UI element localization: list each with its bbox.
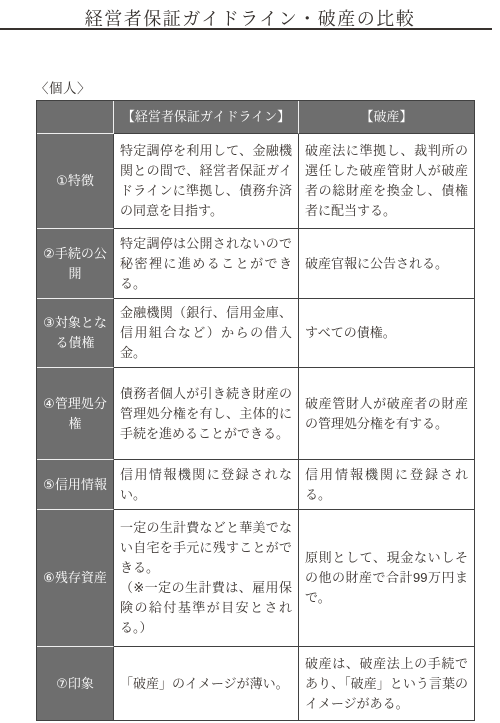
bankruptcy-cell: 破産は、破産法上の手続であり、「破産」という言葉のイメージがある。 — [299, 647, 474, 720]
table-row: ②手続の公開 特定調停は公開されないので秘密裡に進めることができる。 破産官報に… — [37, 229, 474, 299]
corner-cell — [37, 101, 114, 134]
row-label-cell: ⑤信用情報 — [37, 460, 114, 510]
bankruptcy-cell: 破産法に準拠し、裁判所の選任した破産管財人が破産者の総財産を換金し、債権者に配当… — [299, 134, 474, 229]
guideline-cell: 債務者個人が引き続き財産の管理処分権を有し、主体的に手続を進めることができる。 — [114, 368, 299, 460]
comparison-table: 【経営者保証ガイドライン】 【破産】 ①特徴 特定調停を利用して、金融機関との間… — [36, 100, 475, 721]
guideline-cell: 特定調停を利用して、金融機関との間で、経営者保証ガイドラインに準拠し、債務弁済の… — [114, 134, 299, 229]
guideline-cell: 金融機関（銀行、信用金庫、信用組合など）からの借入金。 — [114, 299, 299, 368]
table-row: ⑥残存資産 一定の生計費などと華美でない自宅を手元に残すことができる。 （※一定… — [37, 510, 474, 647]
guideline-cell: 信用情報機関に登録されない。 — [114, 460, 299, 510]
title-divider — [0, 28, 492, 30]
guideline-cell: 特定調停は公開されないので秘密裡に進めることができる。 — [114, 229, 299, 299]
row-label-cell: ⑥残存資産 — [37, 510, 114, 647]
section-label-individual: 〈個人〉 — [35, 77, 91, 97]
guideline-cell: 一定の生計費などと華美でない自宅を手元に残すことができる。 （※一定の生計費は、… — [114, 510, 299, 647]
bankruptcy-cell: 信用情報機関に登録される。 — [299, 460, 474, 510]
table-header-row: 【経営者保証ガイドライン】 【破産】 — [37, 101, 474, 134]
row-label-cell: ③対象となる債権 — [37, 299, 114, 368]
bankruptcy-cell: 原則として、現金ないしその他の財産で合計99万円まで。 — [299, 510, 474, 647]
bankruptcy-cell: 破産管財人が破産者の財産の管理処分権を有する。 — [299, 368, 474, 460]
table-row: ⑦印象 「破産」のイメージが薄い。 破産は、破産法上の手続であり、「破産」という… — [37, 647, 474, 720]
column-header-guideline: 【経営者保証ガイドライン】 — [114, 101, 299, 134]
row-label-cell: ①特徴 — [37, 134, 114, 229]
table-row: ③対象となる債権 金融機関（銀行、信用金庫、信用組合など）からの借入金。 すべて… — [37, 299, 474, 368]
row-label-cell: ②手続の公開 — [37, 229, 114, 299]
row-label-cell: ④管理処分権 — [37, 368, 114, 460]
table-row: ⑤信用情報 信用情報機関に登録されない。 信用情報機関に登録される。 — [37, 460, 474, 510]
table-row: ④管理処分権 債務者個人が引き続き財産の管理処分権を有し、主体的に手続を進めるこ… — [37, 368, 474, 460]
table-row: ①特徴 特定調停を利用して、金融機関との間で、経営者保証ガイドラインに準拠し、債… — [37, 134, 474, 229]
bankruptcy-cell: 破産官報に公告される。 — [299, 229, 474, 299]
guideline-cell: 「破産」のイメージが薄い。 — [114, 647, 299, 720]
row-label-cell: ⑦印象 — [37, 647, 114, 720]
column-header-bankruptcy: 【破産】 — [299, 101, 474, 134]
bankruptcy-cell: すべての債権。 — [299, 299, 474, 368]
